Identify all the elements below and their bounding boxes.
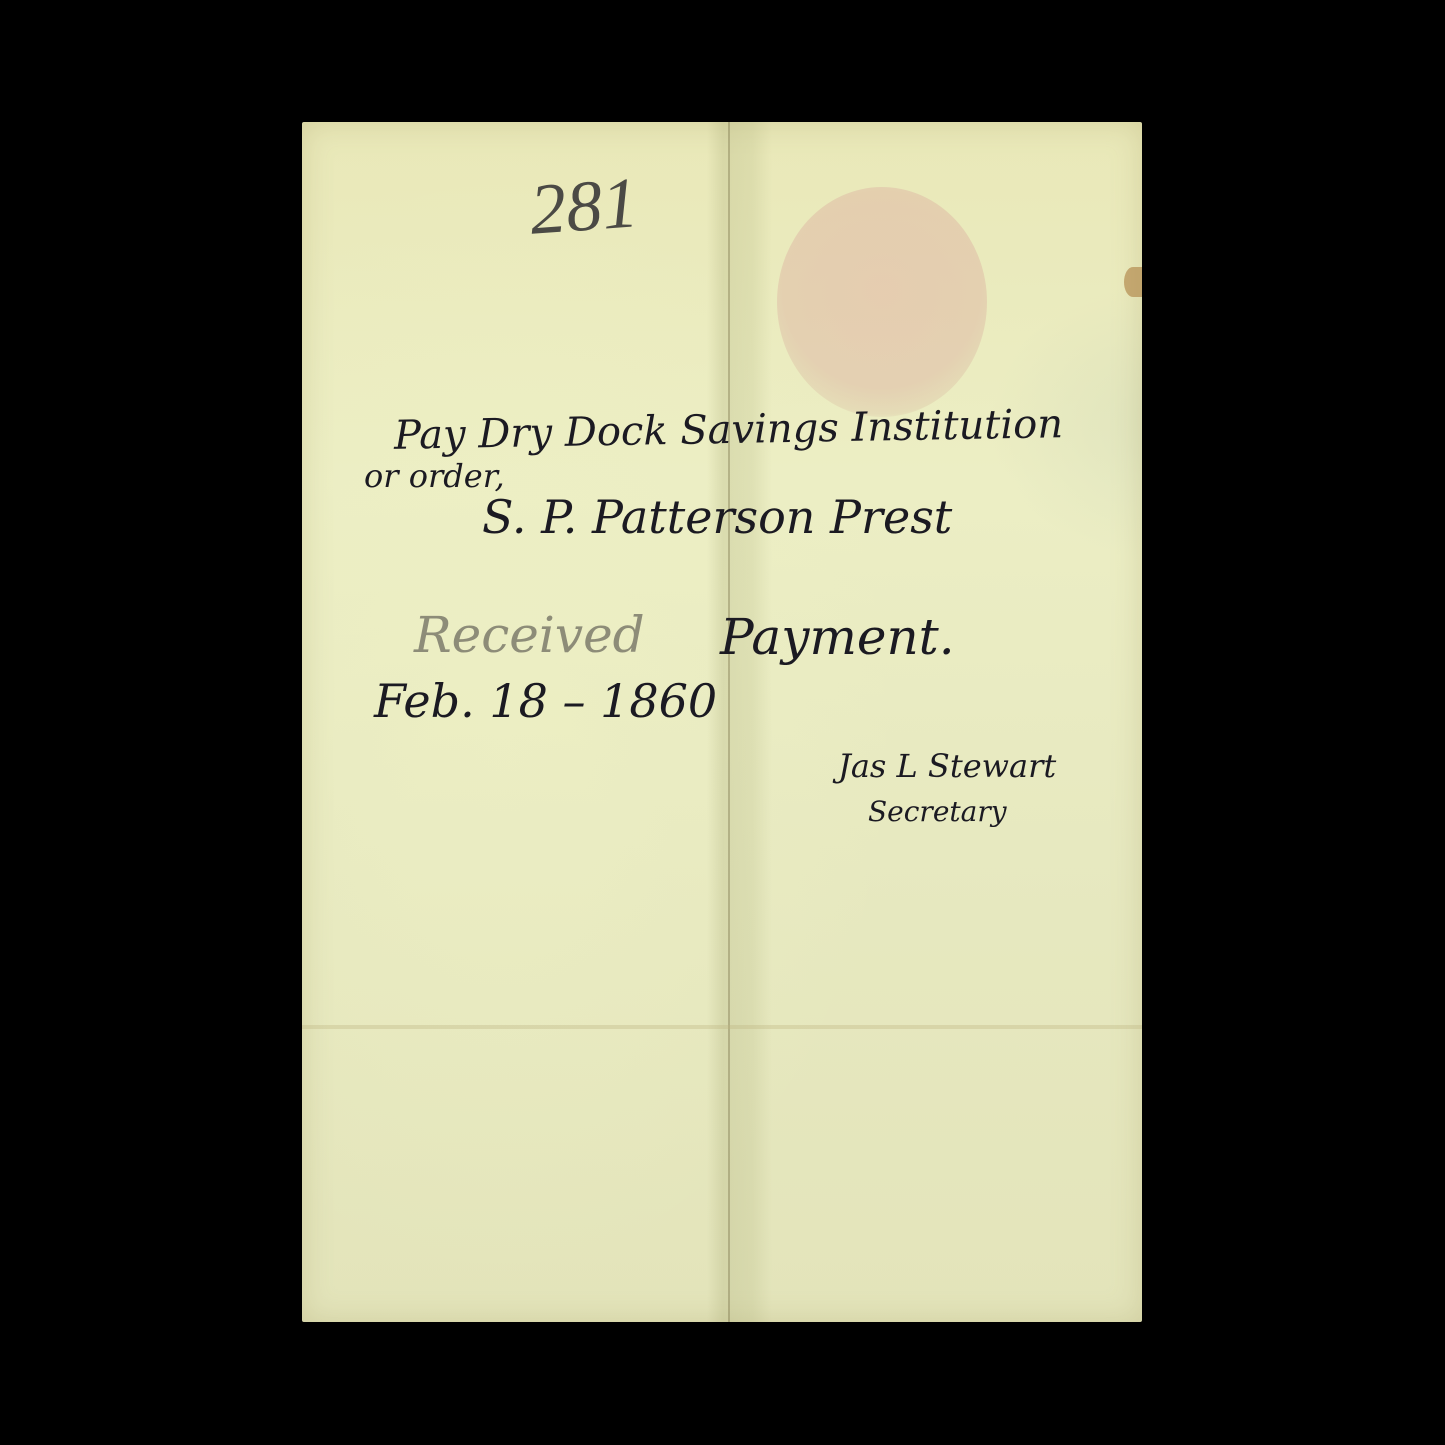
horizontal-fold-crease: [302, 1025, 1142, 1029]
endorsement-line-2: or order,: [364, 460, 505, 492]
receipt-date: Feb. 18 – 1860: [374, 678, 717, 724]
edge-stain: [1124, 267, 1142, 297]
pencil-number: 281: [528, 166, 641, 245]
vertical-fold-crease: [728, 122, 730, 1322]
endorsement-signature: S. P. Patterson Prest: [482, 494, 952, 540]
received-word: Received: [414, 610, 645, 660]
endorsement-line-1: Pay Dry Dock Savings Institution: [394, 404, 1064, 456]
secretary-name: Jas L Stewart: [838, 750, 1056, 782]
payment-word: Payment.: [720, 612, 955, 662]
document-paper: 281 Pay Dry Dock Savings Institution or …: [302, 122, 1142, 1322]
red-seal-imprint: [777, 187, 987, 417]
secretary-title: Secretary: [868, 798, 1007, 826]
